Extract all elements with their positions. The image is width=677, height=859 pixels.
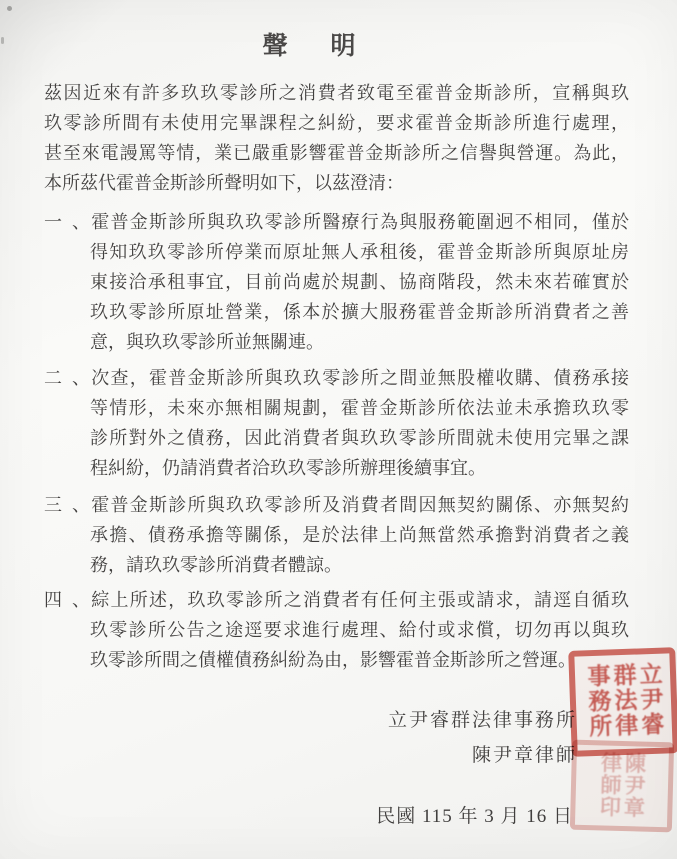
statement-line: 三、霍普金斯診所與玖玖零診所及消費者間因無契約關係、亦無契約	[44, 490, 629, 520]
item-text: 霍普金斯診所與玖玖零診所醫療行為與服務範圍迥不相同，僅於	[90, 212, 629, 232]
item-text: 次查，霍普金斯診所與玖玖零診所之間並無股權收購、債務承接	[90, 368, 629, 388]
scan-speck	[1, 37, 4, 44]
statement-line: 玖零診所間之債權債務糾紛為由，影響霍普金斯診所之營運。	[44, 645, 629, 675]
statement-line: 四、綜上所述，玖玖零診所之消費者有任何主張或請求，請逕自循玖	[44, 585, 629, 615]
item-marker: 四、	[44, 585, 90, 615]
statement-item-2: 二、次查，霍普金斯診所與玖玖零診所之間並無股權收購、債務承接 等情形，未來亦無相…	[44, 363, 629, 483]
date-line: 民國 115 年 3 月 16 日	[44, 801, 629, 833]
statement-line: 玖零診所間有未使用完畢課程之糾紛，要求霍普金斯診所進行處理，	[44, 108, 629, 138]
item-text: 霍普金斯診所與玖玖零診所及消費者間因無契約關係、亦無契約	[90, 495, 629, 515]
statement-line: 務，請玖玖零診所消費者體諒。	[44, 550, 629, 580]
statement-line: 等情形，未來亦無相關規劃，霍普金斯診所依法並未承擔玖玖零	[44, 393, 629, 423]
lawyer-name: 陳尹章律師	[44, 738, 577, 773]
item-text: 綜上所述，玖玖零診所之消費者有任何主張或請求，請逕自循玖	[90, 590, 629, 610]
statement-line: 甚至來電謾罵等情，業已嚴重影響霍普金斯診所之信譽與營運。為此，	[44, 138, 629, 168]
law-firm-name: 立尹睿群法律事務所	[44, 703, 577, 738]
statement-item-1: 一、霍普金斯診所與玖玖零診所醫療行為與服務範圍迥不相同，僅於 得知玖玖零診所停業…	[44, 207, 629, 357]
statement-line: 本所茲代霍普金斯診所聲明如下，以茲澄清：	[44, 168, 629, 198]
statement-line: 得知玖玖零診所停業而原址無人承租後，霍普金斯診所與原址房	[44, 237, 629, 267]
statement-item-3: 三、霍普金斯診所與玖玖零診所及消費者間因無契約關係、亦無契約 承擔、債務承擔等關…	[44, 490, 629, 580]
title-char: 明	[331, 26, 357, 62]
document-body: 聲 明 茲因近來有許多玖玖零診所之消費者致電至霍普金斯診所，宣稱與玖 玖零診所間…	[44, 0, 629, 833]
statement-line: 意，與玖玖零診所並無關連。	[44, 327, 629, 357]
scan-speck	[7, 6, 12, 11]
statement-line: 東接洽承租事宜，目前尚處於規劃、協商階段，然未來若確實於	[44, 267, 629, 297]
statement-line: 診所對外之債務，因此消費者與玖玖零診所間就未使用完畢之課	[44, 423, 629, 453]
statement-line: 玖玖零診所原址營業，係本於擴大服務霍普金斯診所消費者之善	[44, 297, 629, 327]
statement-line: 茲因近來有許多玖玖零診所之消費者致電至霍普金斯診所，宣稱與玖	[44, 78, 629, 108]
item-marker: 三、	[44, 490, 90, 520]
item-marker: 二、	[44, 363, 90, 393]
statement-line: 一、霍普金斯診所與玖玖零診所醫療行為與服務範圍迥不相同，僅於	[44, 207, 629, 237]
statement-line: 二、次查，霍普金斯診所與玖玖零診所之間並無股權收購、債務承接	[44, 363, 629, 393]
statement-line: 玖零診所公告之途逕要求進行處理、給付或求償，切勿再以與玖	[44, 615, 629, 645]
statement-item-4: 四、綜上所述，玖玖零診所之消費者有任何主張或請求，請逕自循玖 玖零診所公告之途逕…	[44, 585, 629, 675]
item-marker: 一、	[44, 207, 90, 237]
statement-line: 承擔、債務承擔等關係，是於法律上尚無當然承擔對消費者之義	[44, 520, 629, 550]
title-char: 聲	[262, 26, 288, 62]
signature-block: 立尹睿群法律事務所 陳尹章律師	[44, 703, 629, 773]
scanned-statement-page: 聲 明 茲因近來有許多玖玖零診所之消費者致電至霍普金斯診所，宣稱與玖 玖零診所間…	[0, 0, 677, 859]
statement-line: 程糾紛，仍請消費者洽玖玖零診所辦理後續事宜。	[44, 453, 629, 483]
intro-paragraph: 茲因近來有許多玖玖零診所之消費者致電至霍普金斯診所，宣稱與玖 玖零診所間有未使用…	[44, 78, 629, 198]
page-title: 聲 明	[17, 27, 602, 61]
